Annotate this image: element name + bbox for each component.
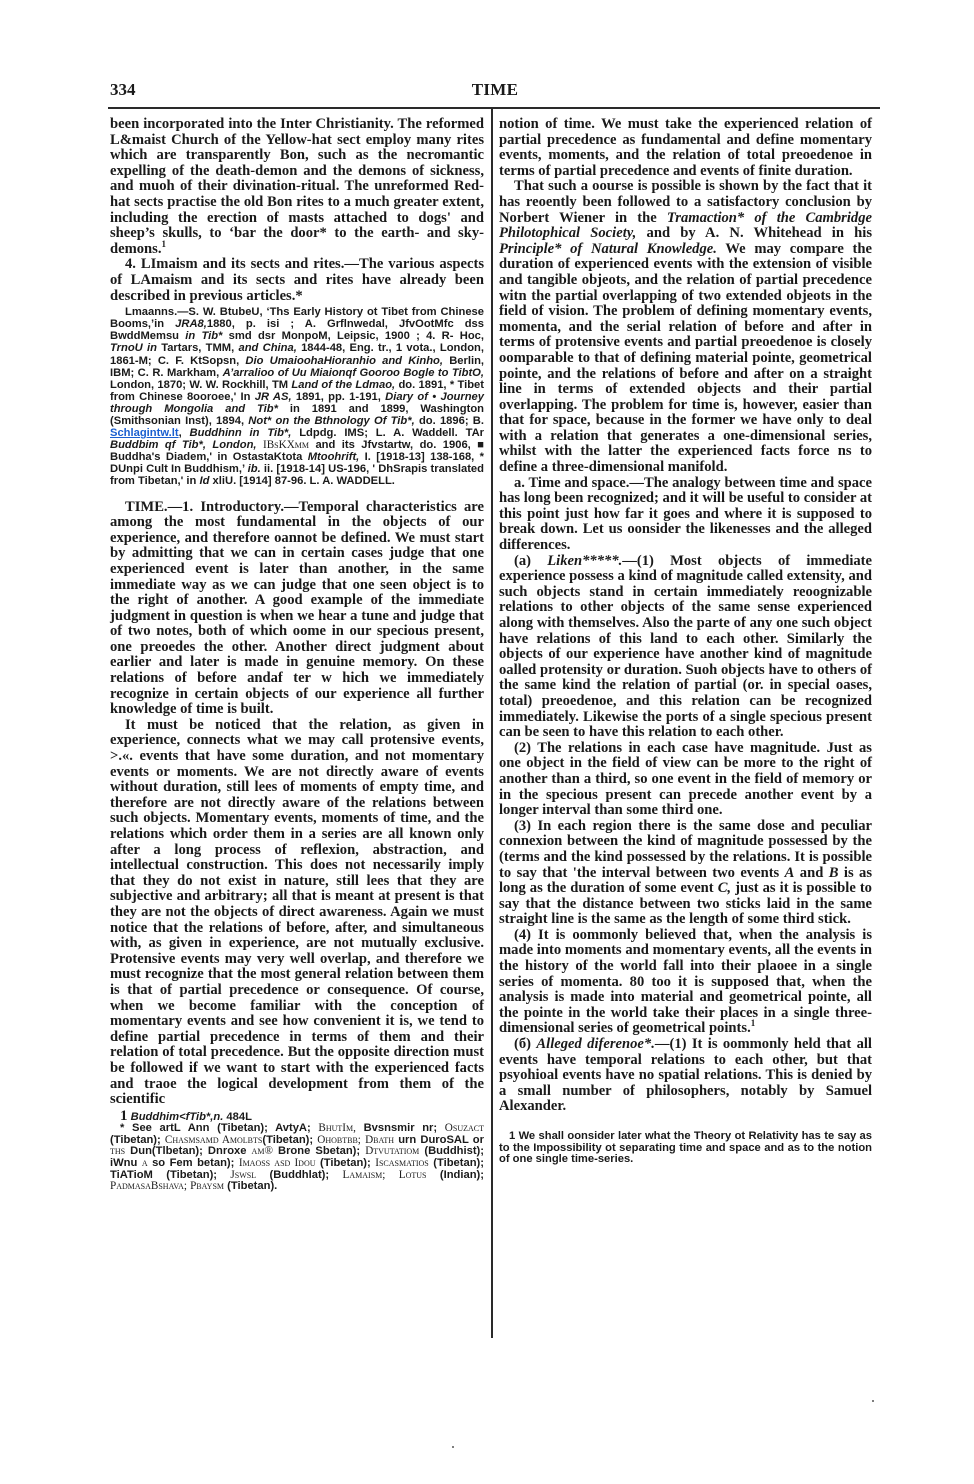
header-rule	[108, 107, 880, 109]
right-column: notion of time. We must take the experie…	[499, 117, 872, 1166]
bibliography: Lmaanns.—S. W. BtubeU, ‘Ths Early Histor…	[110, 306, 484, 487]
footnote-relativity: 1 We shall oonsider later what the Theor…	[499, 1131, 872, 1166]
footnote-2: * See artL Ann (Tibetan); AvtyA; BhutIm,…	[110, 1123, 484, 1193]
footnotes-right: 1 We shall oonsider later what the Theor…	[499, 1131, 872, 1166]
paragraph: (3) In each region there is the same dos…	[499, 819, 872, 928]
footnotes-left: 1 Buddhim<fTib*,n. 484L * See artL Ann (…	[110, 1111, 484, 1193]
page-header: 334 TIME	[110, 80, 880, 104]
speck	[872, 1400, 874, 1402]
time-introductory-paragraph: TIME.—1. Introductory.—Temporal characte…	[110, 500, 484, 718]
speck	[452, 1446, 454, 1448]
paragraph: It must be noticed that the relation, as…	[110, 718, 484, 1108]
schlagintweit-link[interactable]: Schlagintw.lt	[110, 427, 179, 439]
alleged-differences-paragraph: (б) Alleged diferenoe*.—(1) It is oommon…	[499, 1037, 872, 1115]
section-4-paragraph: 4. LImaism and its sects and rites.—The …	[110, 257, 484, 304]
running-head: TIME	[110, 80, 880, 100]
paragraph: notion of time. We must take the experie…	[499, 117, 872, 179]
paragraph: (4) It is oommonly believed that, when t…	[499, 928, 872, 1037]
paragraph: (2) The relations in each case have magn…	[499, 741, 872, 819]
left-column: been incorporated into the Inter Christi…	[110, 117, 484, 1193]
time-and-space-paragraph: a. Time and space.—The analogy between t…	[499, 476, 872, 554]
footnote-ref: 1	[162, 239, 167, 249]
paragraph: That such a oourse is possible is shown …	[499, 179, 872, 475]
footnote-ref: 1	[751, 1019, 756, 1029]
likenesses-paragraph: (a) Liken*****.—(1) Most objects of imme…	[499, 554, 872, 741]
column-rule	[491, 108, 493, 1338]
paragraph: been incorporated into the Inter Christi…	[110, 117, 484, 257]
